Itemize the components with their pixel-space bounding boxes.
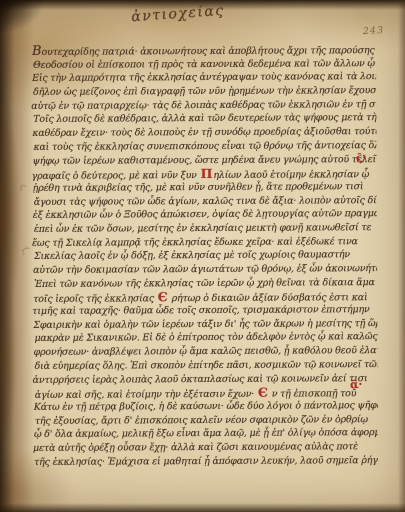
text-block: Βουτεχαρίδης πατριά· ἀκοινωνήτους καὶ ἀπ… [32, 43, 378, 469]
manuscript-text: μετὰ αὐτῆς ὀρέξῃ οὖσαν ἔχῃ· ἀλλὰ καὶ ζῶσ… [33, 441, 358, 454]
manuscript-text: τιμῆς καὶ ταραχῆς· θαῦμα ὧδε τοῖς σκοποῖ… [32, 304, 369, 317]
rubric-initial: Π [200, 166, 214, 181]
page-bottom-edge [0, 503, 405, 512]
manuscript-text: Ἐπεὶ τῶν κανόνων τῆς ἐκκλησίας τῶν ἱερῶν… [34, 277, 375, 290]
manuscript-text: καθέδραν ἔχειν· τοὺς δὲ λοιποὺς ἐν τῇ συ… [32, 126, 376, 139]
manuscript-text: τῆς ἐξουσίας, ἄρτι δ' ἐπισκόποις καλεῖν … [35, 414, 368, 427]
manuscript-text: ψήφῳ τῶν ἱερέων καθισταμένους, ὥστε μηδέ… [32, 154, 376, 167]
manuscript-text: αὐτῶν τὴν δοκιμασίαν τῶν λαῶν ἁγιωτάτων … [33, 263, 377, 276]
manuscript-page: ἀντιοχείας 243 Βουτεχαρίδης πατριά· ἀκοι… [0, 0, 405, 512]
margin-note-right-lower: ᾱ· [350, 378, 363, 392]
manuscript-text: ουτεχαρίδης πατριά· ἀκοινωνήτους καὶ ἀπο… [41, 45, 375, 58]
manuscript-text: ἕως τῇ Σικελίᾳ λαμπρᾷ τῆς ἐκκλησίας ἔδωκ… [32, 236, 358, 249]
margin-note-right-upper: ϛ̄· [355, 152, 366, 165]
manuscript-text: τῆς ἐκκλησίας· Ἐμάχισα εἰ μαθηταί ᾗ ἀπόφ… [34, 455, 378, 468]
manuscript-line: μετὰ αὐτῆς ὀρέξῃ οὖσαν ἔχῃ· ἀλλὰ καὶ ζῶσ… [33, 440, 378, 455]
manuscript-text: Τοῖς λοιποῖς δὲ καθέδραις, ἀλλὰ καὶ τῶν … [33, 113, 376, 126]
manuscript-text: γραφαῖς ὁ δεύτερος, μὲ καὶ νῦν ξυν [32, 170, 200, 182]
manuscript-text: ἐξ ἐκκλησιῶν ὧν ὁ Ξοῦθος ἀπώκισεν, ὀψίας… [33, 208, 377, 221]
manuscript-line: αὐτῶν τὴν δοκιμασίαν τῶν λαῶν ἁγιωτάτων … [33, 262, 377, 277]
manuscript-text: Εἰς τὴν λαμπρότητα τῆς ἐκκλησίας ἀντέγρα… [32, 71, 376, 84]
manuscript-line: διὰ εὐημερίας ὅλης. Ἐπὶ σκοπὸν ἐπίτηδε π… [35, 358, 378, 373]
rubric-initial: Є [257, 385, 269, 400]
manuscript-text: μακρὰν μὲ Σικανικῶν. Εἰ δὲ ὁ ἐπίτροπος τ… [34, 331, 377, 344]
manuscript-text: δῆλον ὡς μείζονος ἐπὶ διαγραφῇ τῶν νῦν ᾑ… [33, 85, 376, 98]
manuscript-line: Βουτεχαρίδης πατριά· ἀκοινωνήτους καὶ ἀπ… [32, 43, 376, 58]
manuscript-text: ᾑρέθη τινὰ ἀκριβείας τῆς, μὲ καὶ νῦν συν… [33, 181, 364, 194]
manuscript-line: τιμῆς καὶ ταραχῆς· θαῦμα ὧδε τοῖς σκοποῖ… [32, 303, 377, 318]
manuscript-line: Κάτω ἐν τῇ πέτρᾳ βυζίοις, ἡ δὲ καύσωνι· … [34, 399, 378, 414]
manuscript-line: δῆλον ὡς μείζονος ἐπὶ διαγραφῇ τῶν νῦν ᾑ… [33, 84, 376, 99]
manuscript-text: Θεοδοσίου οἱ ἐπίσκοποι τῇ πρὸς τὰ κανονι… [33, 58, 376, 71]
manuscript-text: Σικελίας λαοῖς ἐν ᾧ δόξῃ, ἐξ ἐκκλησίας μ… [34, 250, 350, 263]
gutter-shadow [0, 0, 34, 512]
manuscript-text: ἀντιρρήσεις ἱερὰς λοιπὰς λαοῦ ὀκταπλασίω… [33, 373, 368, 386]
manuscript-text: διὰ εὐημερίας ὅλης. Ἐπὶ σκοπὸν ἐπίτηδε π… [35, 359, 378, 372]
manuscript-text: ᾧ δ' ὅλα ἀκμαίως, μελικῇ ἔξω εἶναι ἅμα λ… [34, 427, 378, 440]
manuscript-text: Κάτω ἐν τῇ πέτρᾳ βυζίοις, ἡ δὲ καύσωνι· … [34, 400, 378, 413]
page-right-edge [398, 0, 405, 512]
manuscript-text: ἐπεὶ ὧν ἐκ τῶν ὅσων, μεσίτης ἐν ἐκκλησία… [34, 222, 371, 235]
manuscript-line: καὶ τοὺς τῆς ἐκκλησίας συνεπισκόπους εἶν… [33, 139, 376, 154]
manuscript-text: Σφαιρικὴν καὶ ὁμαλὴν τῶν ἱερέων τάξιν δι… [33, 318, 377, 331]
manuscript-line: τῆς ἐκκλησίας· Ἐμάχισα εἰ μαθηταί ᾗ ἀπόφ… [34, 454, 378, 469]
folio-number: 243 [348, 25, 385, 38]
rubric-initial: Є [157, 290, 169, 305]
manuscript-text: αὐτῷ ἐν τῷ πατριαρχείῳ· τὰς δὲ λοιπὰς κα… [31, 99, 376, 112]
manuscript-line: ᾑρέθη τινὰ ἀκριβείας τῆς, μὲ καὶ νῦν συν… [33, 180, 377, 195]
manuscript-text: καὶ τοὺς τῆς ἐκκλησίας συνεπισκόπους εἶν… [33, 140, 376, 153]
manuscript-photo: ἀντιοχείας 243 Βουτεχαρίδης πατριά· ἀκοι… [0, 0, 405, 512]
line-initial: Β [32, 44, 42, 59]
manuscript-text: φρονήσεων· ἀναβλέψει λοιπὸν ᾧ ἅμα καλῶς … [33, 345, 377, 358]
manuscript-line: ἐπεὶ ὧν ἐκ τῶν ὅσων, μεσίτης ἐν ἐκκλησία… [34, 221, 377, 236]
manuscript-text: ν τῇ ἐπισκοπῇ τοῦ [269, 388, 356, 399]
manuscript-text: τοῖς ἱεροῖς τῆς ἐκκλησίας [33, 294, 157, 305]
manuscript-text: ἄγουσι τὰς ψήφους τῶν ὧδε ἁγίων, καλῶς τ… [34, 195, 377, 208]
